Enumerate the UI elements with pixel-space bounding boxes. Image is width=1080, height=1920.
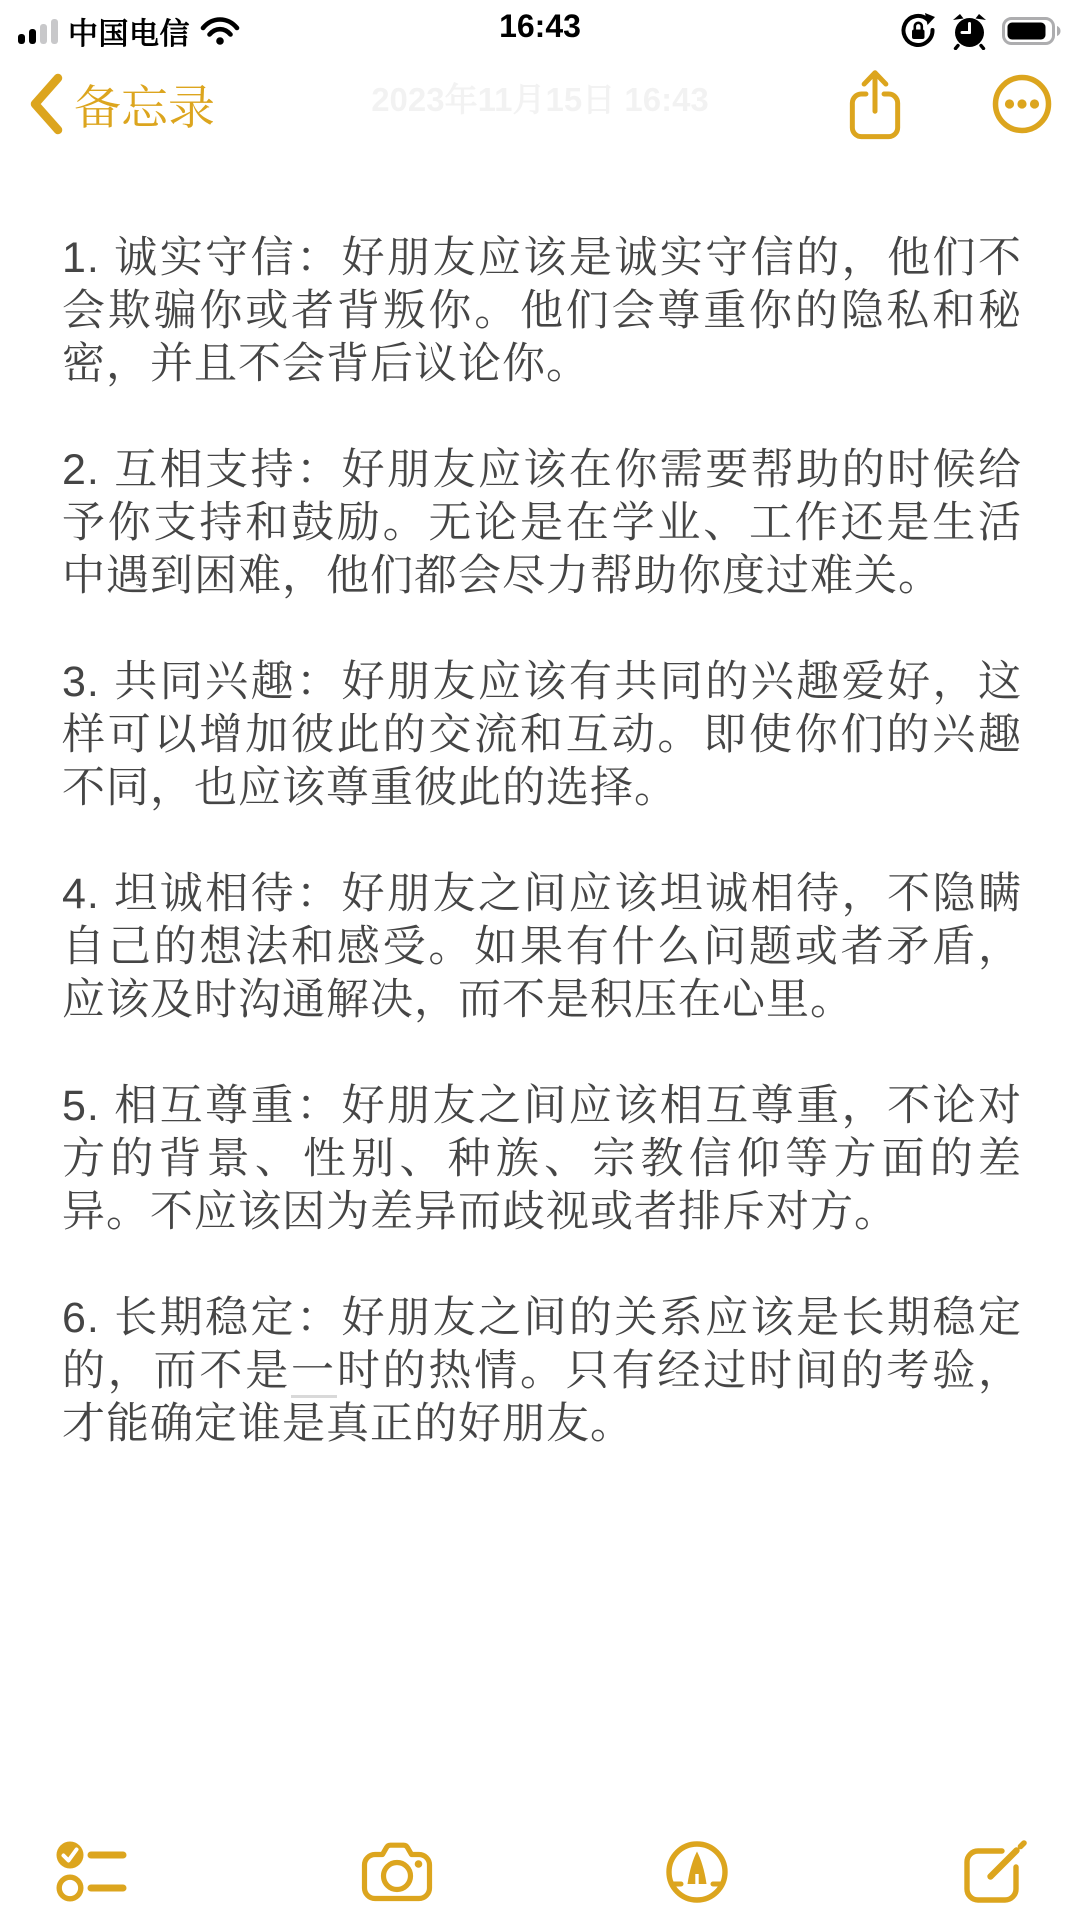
note-paragraph: 3. 共同兴趣：好朋友应该有共同的兴趣爱好，这样可以增加彼此的交流和互动。即使你…: [62, 656, 1022, 815]
status-time: 16:43: [499, 8, 581, 44]
signal-bar: [40, 24, 47, 44]
battery-icon: [1002, 17, 1062, 45]
signal-bar: [29, 29, 36, 44]
status-right: [899, 12, 1062, 50]
signal-bar: [51, 19, 58, 44]
back-button[interactable]: 备忘录: [28, 71, 215, 138]
nav-bar: 2023年11月15日 16:43 备忘录: [0, 56, 1080, 152]
more-icon[interactable]: [992, 74, 1052, 134]
orientation-lock-icon: [899, 12, 937, 50]
markup-icon[interactable]: [664, 1839, 730, 1905]
note-paragraph: 4. 坦诚相待：好朋友之间应该坦诚相待，不隐瞒自己的想法和感受。如果有什么问题或…: [62, 868, 1022, 1027]
spellcheck-underlined-text: 一: [291, 1347, 337, 1398]
back-button-label: 备忘录: [74, 71, 215, 138]
notes-app-screen: { "colors": { "accent": "#DCA51E", "body…: [0, 0, 1080, 1920]
wifi-icon: [200, 16, 240, 46]
signal-bar: [18, 34, 25, 44]
back-chevron-icon: [28, 73, 64, 135]
compose-icon[interactable]: [960, 1837, 1030, 1907]
alarm-clock-icon: [951, 12, 988, 50]
bottom-toolbar: [0, 1836, 1080, 1908]
note-editor[interactable]: 1. 诚实守信：好朋友应该是诚实守信的，他们不会欺骗你或者背叛你。他们会尊重你的…: [0, 232, 1080, 1451]
camera-icon[interactable]: [360, 1841, 434, 1903]
share-icon[interactable]: [846, 67, 904, 141]
status-left: 中国电信: [18, 9, 240, 53]
status-bar: 中国电信 16:43: [0, 0, 1080, 56]
note-paragraph: 6. 长期稳定：好朋友之间的关系应该是长期稳定的，而不是一时的热情。只有经过时间…: [62, 1292, 1022, 1451]
nav-actions: [846, 67, 1052, 141]
cellular-signal-icon: [18, 18, 58, 44]
checklist-icon[interactable]: [56, 1840, 130, 1904]
note-paragraph: 2. 互相支持：好朋友应该在你需要帮助的时候给予你支持和鼓励。无论是在学业、工作…: [62, 444, 1022, 603]
note-paragraph: 1. 诚实守信：好朋友应该是诚实守信的，他们不会欺骗你或者背叛你。他们会尊重你的…: [62, 232, 1022, 391]
carrier-label: 中国电信: [68, 9, 190, 53]
note-paragraph: 5. 相互尊重：好朋友之间应该相互尊重，不论对方的背景、性别、种族、宗教信仰等方…: [62, 1080, 1022, 1239]
